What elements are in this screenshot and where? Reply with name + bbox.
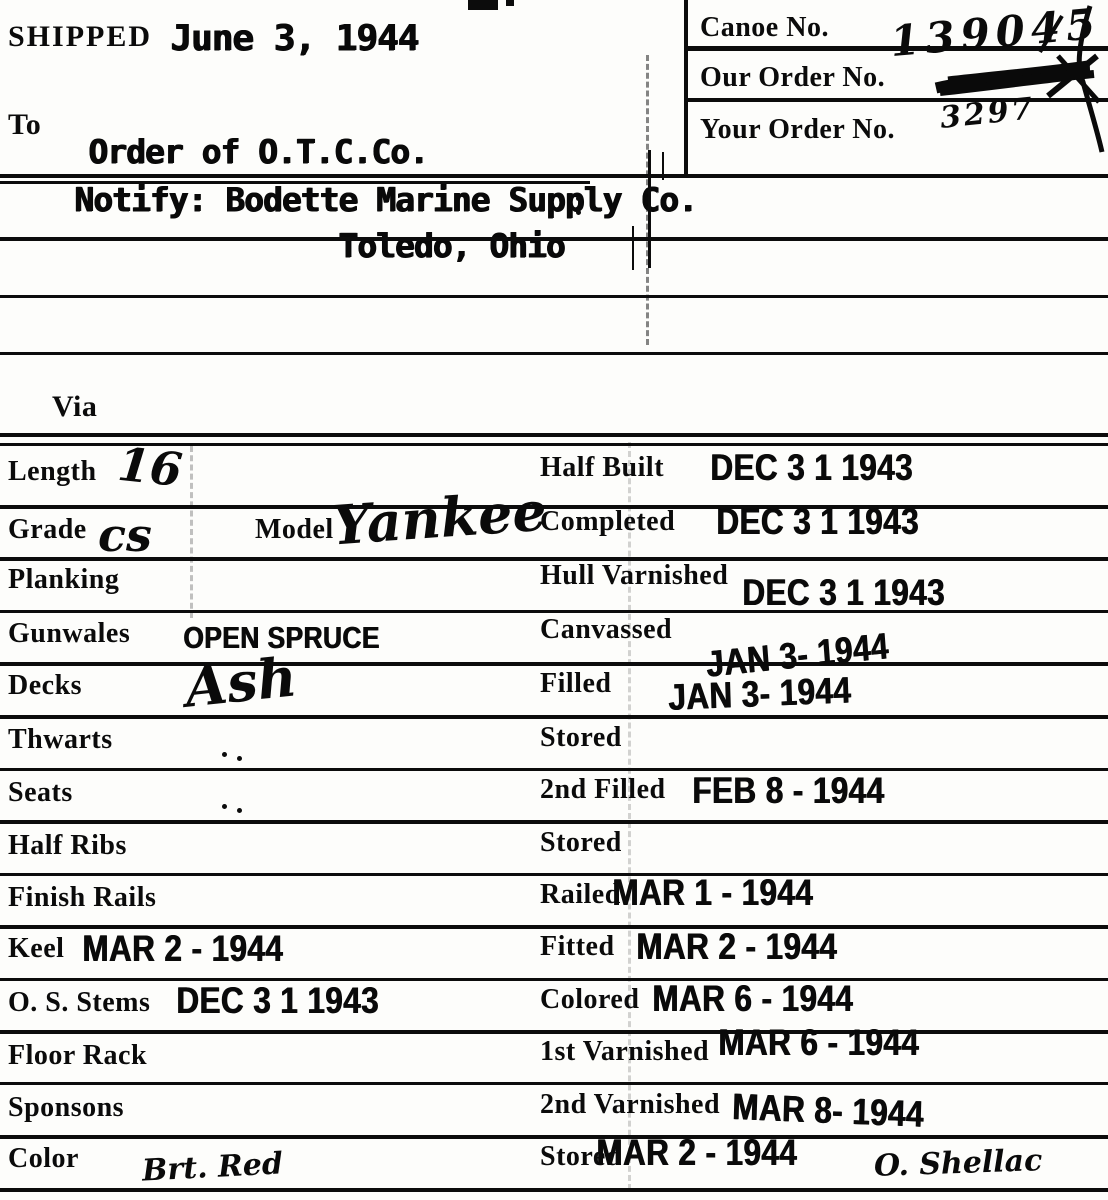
ink-smudge [648, 150, 651, 268]
row-label-planking: Planking [8, 564, 119, 596]
rule-line [0, 295, 1108, 298]
row-label-sponsons: Sponsons [8, 1092, 124, 1124]
row-label-length: Length [8, 456, 97, 488]
row-label-railed: Railed [540, 879, 621, 911]
to-label: To [8, 108, 41, 142]
ditto-marks-thwarts [237, 756, 242, 761]
stray-mark [576, 196, 581, 201]
consignee-line-3: Toledo, Ohio [338, 226, 564, 265]
cutoff-glyph-mark [506, 0, 514, 6]
ditto-marks-thwarts [222, 752, 227, 757]
row-value-decks: Ash [182, 644, 300, 719]
row-label-stored-1: Stored [540, 722, 622, 754]
rule-line [0, 1030, 1108, 1034]
rule-line [0, 662, 1108, 666]
rule-line [0, 181, 590, 184]
rule-line [0, 1188, 1108, 1192]
consignee-line-2: Notify: Bodette Marine Supply Co. [74, 180, 697, 219]
row-label-color: Color [8, 1143, 79, 1175]
row-label-half-ribs: Half Ribs [8, 830, 127, 862]
second-filled-date-stamp: FEB 8 - 1944 [692, 770, 884, 812]
row-label-finish-rails: Finish Rails [8, 882, 156, 914]
canoe-no-label: Canoe No. [700, 12, 829, 44]
row-label-stored-2: Stored [540, 827, 622, 859]
order-box-left-border [684, 0, 688, 176]
model-label: Model [255, 514, 334, 546]
row-label-hull-varnished: Hull Varnished [540, 560, 728, 592]
cutoff-glyph-mark [468, 0, 498, 10]
order-box-rule-2 [688, 98, 1108, 102]
ditto-marks-seats [237, 808, 242, 813]
rule-line [0, 237, 1108, 241]
row-label-seats: Seats [8, 777, 73, 809]
row-label-thwarts: Thwarts [8, 724, 113, 756]
hull-varnished-date-stamp: DEC 3 1 1943 [742, 572, 945, 614]
row-label-fitted: Fitted [540, 931, 615, 963]
first-varnished-date-stamp: MAR 6 - 1944 [718, 1022, 919, 1064]
row-label-grade: Grade [8, 514, 87, 546]
fitted-date-stamp: MAR 2 - 1944 [636, 926, 837, 968]
row-label-floor-rack: Floor Rack [8, 1040, 147, 1072]
row-value-color: Brt. Red [141, 1146, 284, 1188]
railed-date-stamp: MAR 1 - 1944 [612, 872, 813, 914]
ink-smudge [632, 226, 634, 270]
canoe-no-value: 139045 [888, 0, 1103, 66]
rule-line [0, 174, 1108, 178]
filled-date-stamp: JAN 3- 1944 [667, 669, 851, 718]
rule-line [0, 1082, 1108, 1085]
rule-line-double-top [0, 433, 1108, 437]
rule-line [0, 715, 1108, 719]
rule-line [0, 873, 1108, 876]
rule-line [0, 820, 1108, 824]
completed-date-stamp: DEC 3 1 1943 [716, 501, 919, 543]
consignee-line-1: Order of O.T.C.Co. [88, 132, 428, 171]
fold-crease-mark [190, 446, 193, 618]
ink-smudge [662, 152, 664, 180]
row-value-grade: cs [98, 508, 152, 562]
your-order-label: Your Order No. [700, 114, 895, 146]
row-label-filled: Filled [540, 668, 611, 700]
rule-line [0, 768, 1108, 771]
row-label-canvassed: Canvassed [540, 614, 672, 646]
colored-date-stamp: MAR 6 - 1944 [652, 978, 853, 1020]
shipped-label: SHIPPED [8, 20, 152, 54]
row-label-half-built: Half Built [540, 452, 664, 484]
rule-line [0, 352, 1108, 355]
fold-crease-mark [628, 442, 631, 1190]
row-label-2nd-filled: 2nd Filled [540, 774, 666, 806]
row-label-gunwales: Gunwales [8, 618, 130, 650]
via-label: Via [52, 390, 97, 424]
canoe-record-card: SHIPPED June 3, 1944 To Order of O.T.C.C… [0, 0, 1108, 1200]
row-label-os-stems: O. S. Stems [8, 987, 150, 1019]
our-order-label: Our Order No. [700, 62, 885, 94]
stored-date-stamp: MAR 2 - 1944 [596, 1132, 797, 1174]
stray-mark [576, 210, 581, 215]
stored-note-shellac: O. Shellac [873, 1143, 1042, 1184]
row-label-1st-varnished: 1st Varnished [540, 1036, 709, 1068]
rule-line [0, 978, 1108, 981]
keel-date-stamp: MAR 2 - 1944 [82, 928, 283, 970]
model-value: Yankee [330, 479, 549, 558]
os-stems-date-stamp: DEC 3 1 1943 [176, 980, 379, 1022]
second-varnished-date-stamp: MAR 8- 1944 [731, 1086, 924, 1136]
row-label-completed: Completed [540, 506, 675, 538]
row-label-colored: Colored [540, 984, 639, 1016]
shipped-date-value: June 3, 1944 [170, 18, 418, 59]
row-value-length: 16 [115, 437, 184, 497]
half-built-date-stamp: DEC 3 1 1943 [710, 447, 913, 489]
ditto-marks-seats [222, 804, 227, 809]
row-label-keel: Keel [8, 933, 64, 965]
rule-line [0, 1135, 1108, 1139]
row-label-decks: Decks [8, 670, 82, 702]
